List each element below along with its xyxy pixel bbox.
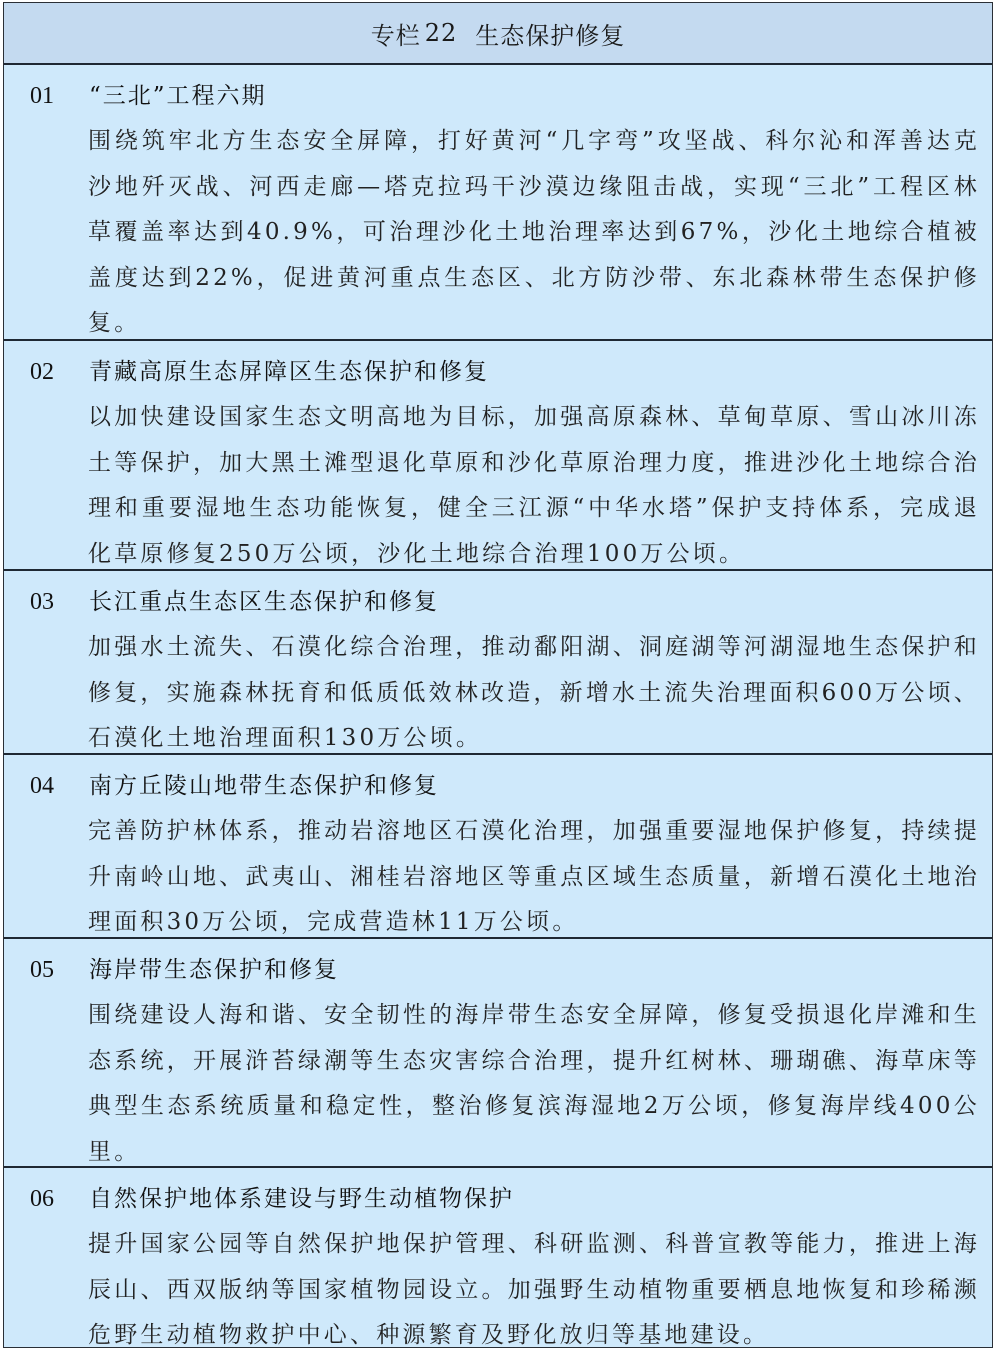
section-title: 海岸带生态保护和修复 <box>89 947 339 993</box>
section-title: 自然保护地体系建设与野生动植物保护 <box>89 1176 514 1222</box>
section-title: 南方丘陵山地带生态保护和修复 <box>89 763 439 809</box>
section-number: 05 <box>4 947 89 993</box>
section-title: “三北”工程六期 <box>89 73 267 119</box>
column-label: 专栏 <box>371 16 421 51</box>
section-number: 04 <box>4 763 89 809</box>
section-number: 02 <box>4 349 89 395</box>
section-body: 加强水土流失、石漠化综合治理，推动鄱阳湖、洞庭湖等河湖湿地生态保护和修复，实施森… <box>88 625 980 762</box>
section-body: 以加快建设国家生态文明高地为目标，加强高原森林、草甸草原、雪山冰川冻土等保护，加… <box>88 395 980 577</box>
section-04: 04 南方丘陵山地带生态保护和修复 完善防护林体系，推动岩溶地区石漠化治理，加强… <box>4 755 992 939</box>
column-title: 生态保护修复 <box>475 16 625 51</box>
section-body: 围绕建设人海和谐、安全韧性的海岸带生态安全屏障，修复受损退化岸滩和生态系统，开展… <box>88 993 980 1175</box>
section-02: 02 青藏高原生态屏障区生态保护和修复 以加快建设国家生态文明高地为目标，加强高… <box>4 341 992 571</box>
section-03: 03 长江重点生态区生态保护和修复 加强水土流失、石漠化综合治理，推动鄱阳湖、洞… <box>4 571 992 755</box>
section-05: 05 海岸带生态保护和修复 围绕建设人海和谐、安全韧性的海岸带生态安全屏障，修复… <box>4 939 992 1168</box>
section-title: 青藏高原生态屏障区生态保护和修复 <box>89 349 489 395</box>
column-header: 专栏 22 生态保护修复 <box>4 3 992 65</box>
section-body: 完善防护林体系，推动岩溶地区石漠化治理，加强重要湿地保护修复，持续提升南岭山地、… <box>88 809 980 946</box>
column-panel: 专栏 22 生态保护修复 01 “三北”工程六期 围绕筑牢北方生态安全屏障，打好… <box>3 2 993 1348</box>
section-body: 提升国家公园等自然保护地保护管理、科研监测、科普宣教等能力，推进上海辰山、西双版… <box>88 1222 980 1353</box>
section-number: 03 <box>4 579 89 625</box>
section-01: 01 “三北”工程六期 围绕筑牢北方生态安全屏障，打好黄河“几字弯”攻坚战、科尔… <box>4 65 992 341</box>
section-number: 06 <box>4 1176 89 1222</box>
section-06: 06 自然保护地体系建设与野生动植物保护 提升国家公园等自然保护地保护管理、科研… <box>4 1168 992 1350</box>
column-number: 22 <box>425 19 458 47</box>
section-number: 01 <box>4 73 89 119</box>
section-title: 长江重点生态区生态保护和修复 <box>89 579 439 625</box>
section-body: 围绕筑牢北方生态安全屏障，打好黄河“几字弯”攻坚战、科尔沁和浑善达克沙地歼灭战、… <box>88 119 980 347</box>
